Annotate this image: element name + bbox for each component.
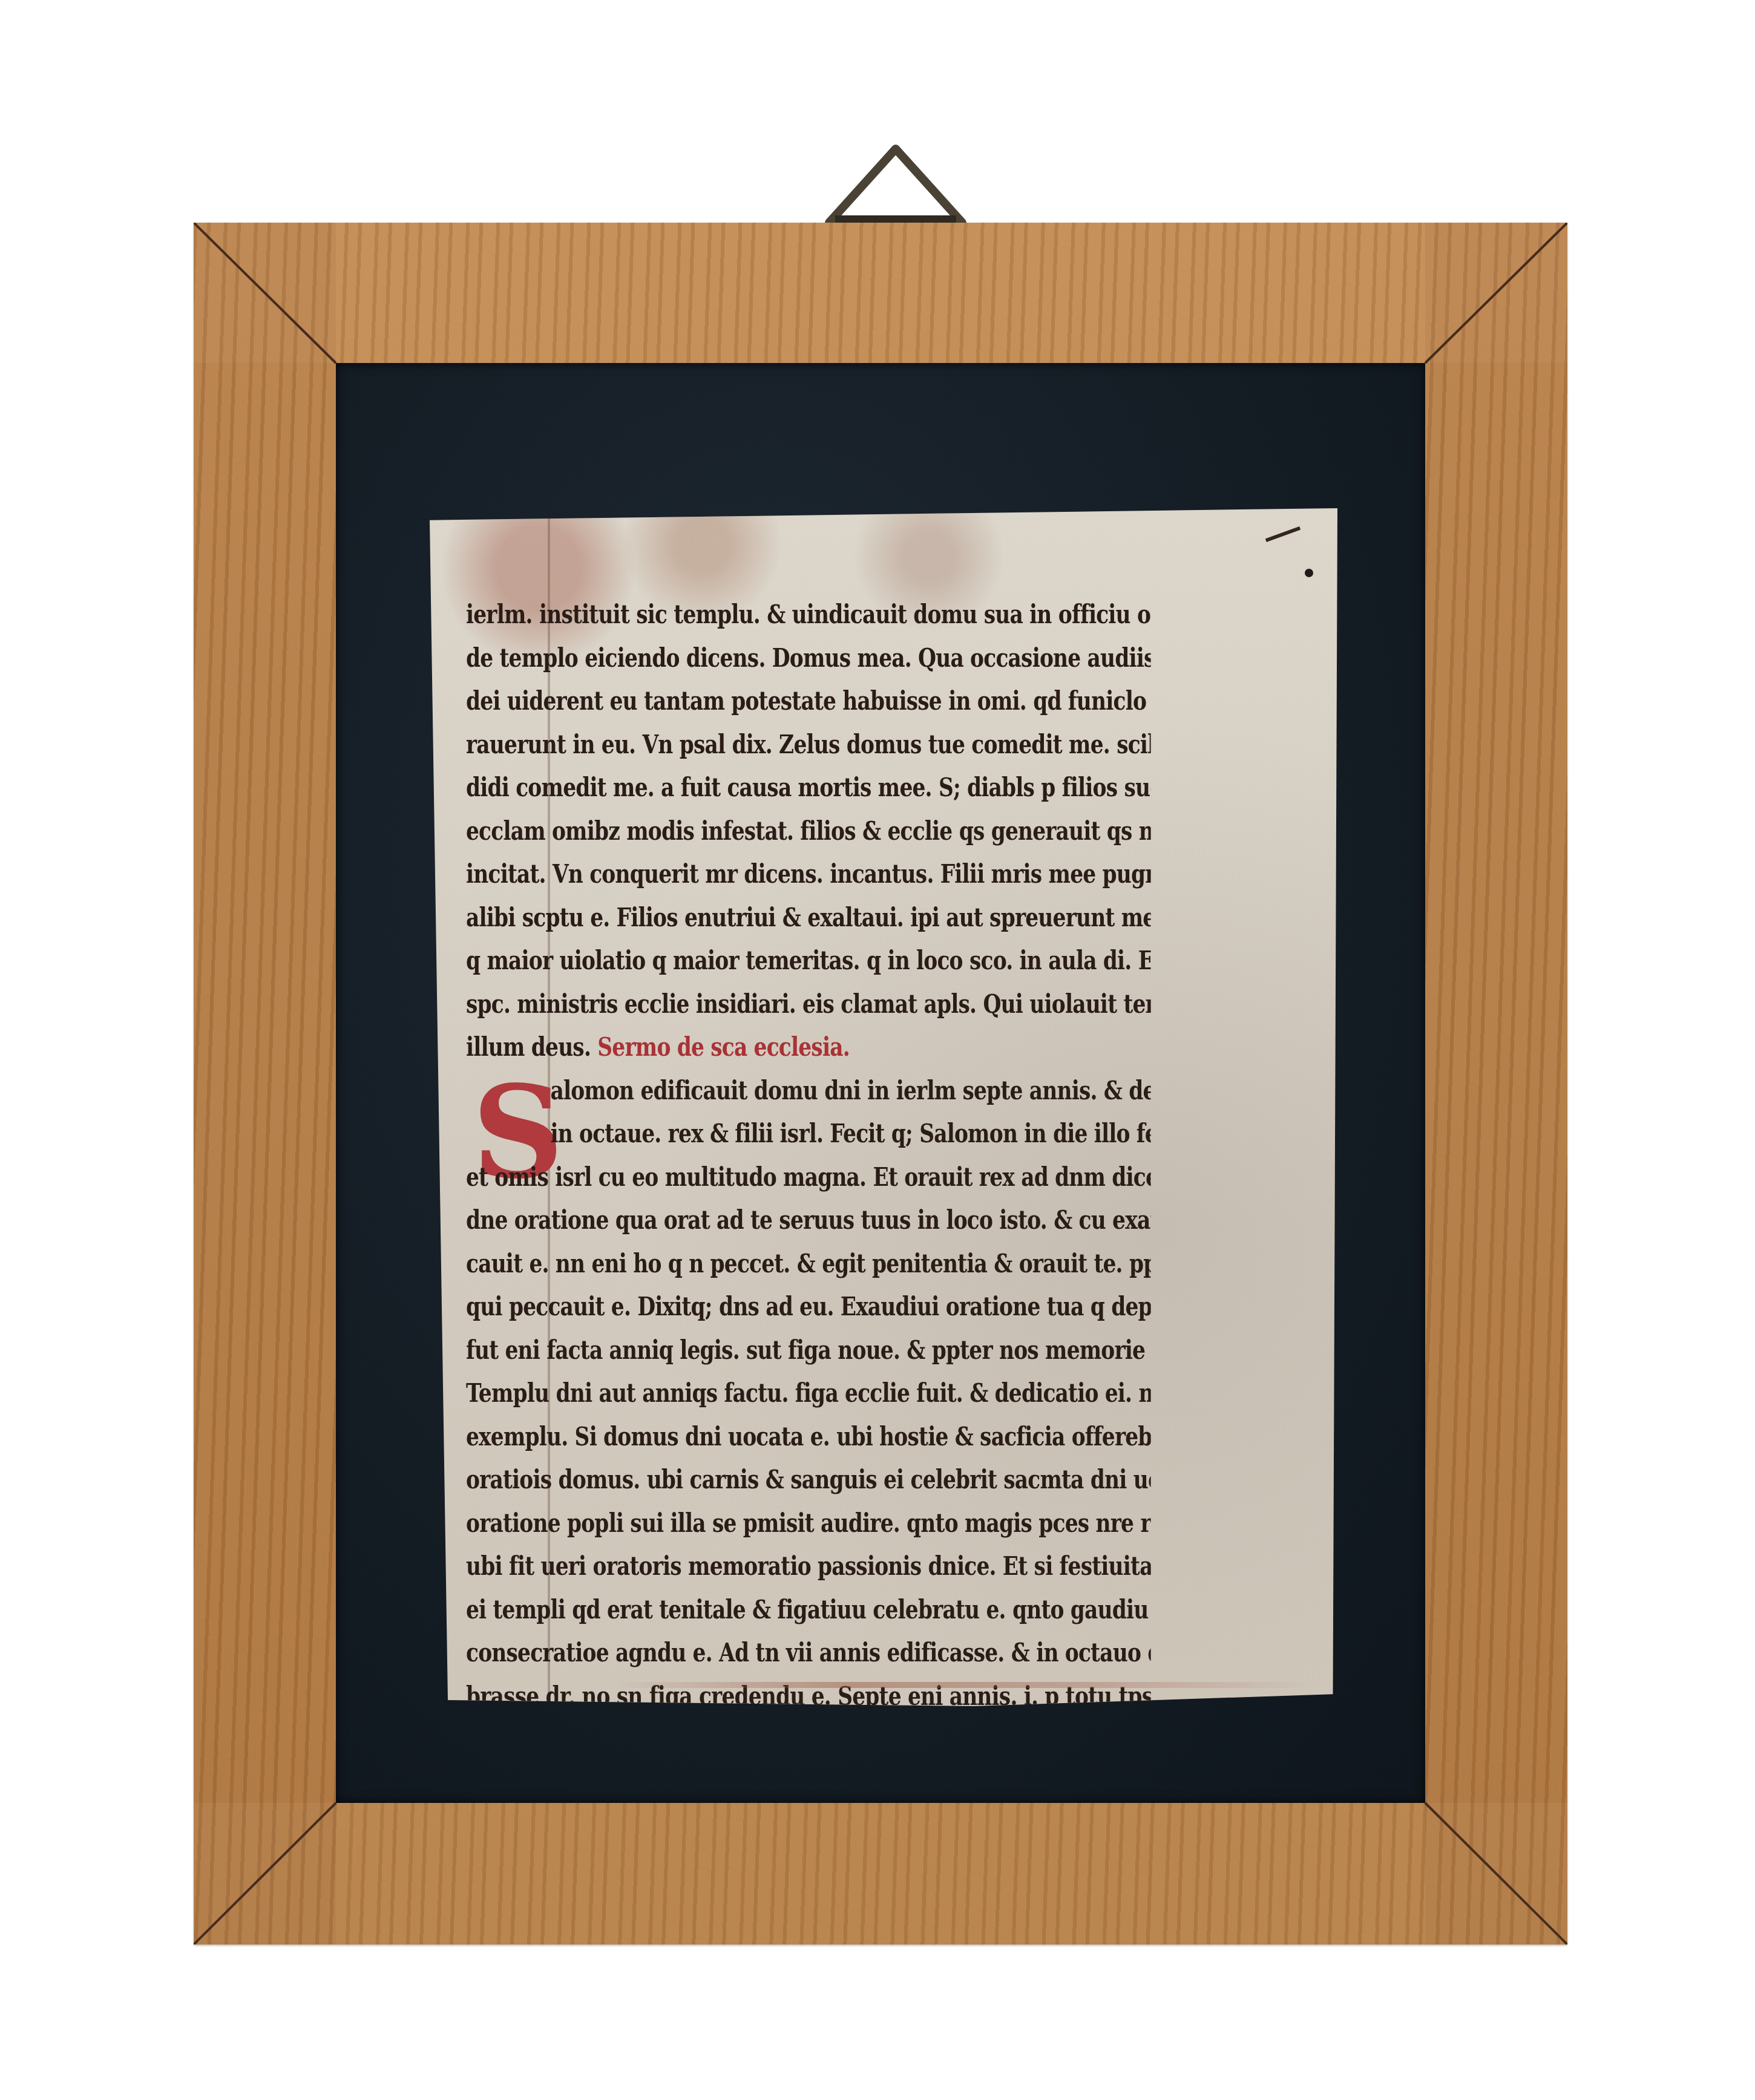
- text-line: ubi fit ueri oratoris memoratio passioni…: [466, 1545, 1151, 1588]
- hanging-hook-icon: [811, 138, 980, 229]
- text-line: ierlm. instituit sic templu. & uindicaui…: [466, 593, 1151, 636]
- text-line: cauit e. nn eni ho q n peccet. & egit pe…: [466, 1242, 1151, 1286]
- text-line: spc. ministris ecclie insidiari. eis cla…: [466, 983, 1151, 1026]
- text-line: de templo eiciendo dicens. Domus mea. Qu…: [466, 636, 1151, 680]
- text-line: et omis isrl cu eo multitudo magna. Et o…: [466, 1156, 1151, 1199]
- text-line: ecclam omibz modis infestat. filios & ec…: [466, 810, 1151, 853]
- text-line: consecratioe agndu e. Ad tn vii annis ed…: [466, 1631, 1151, 1675]
- text-line: oratione popli sui illa se pmisit audire…: [466, 1502, 1151, 1545]
- text-line: dieb; agit. structura ecclie. i. fideliu…: [466, 1718, 1151, 1761]
- manuscript-leaf: ierlm. instituit sic templu. & uindicaui…: [430, 508, 1337, 1706]
- text-line: oratiois domus. ubi carnis & sanguis ei …: [466, 1458, 1151, 1502]
- text-line: fut eni facta anniq legis. sut figa noue…: [466, 1329, 1151, 1372]
- text-line: ei templi qd erat tenitale & figatiuu ce…: [466, 1588, 1151, 1632]
- text-line: qui peccauit e. Dixitq; dns ad eu. Exaud…: [466, 1285, 1151, 1329]
- text-line: brasse dr. no sn figa credendu e. Septe …: [466, 1675, 1151, 1718]
- marginal-ink-stroke: [1265, 526, 1301, 542]
- rubric-heading: Sermo de sca ecclesia.: [597, 1032, 850, 1062]
- manuscript-text: ierlm. instituit sic templu. & uindicaui…: [466, 593, 1301, 1761]
- bottom-edge-stain: [611, 1682, 1319, 1688]
- rubric-line: illum deus. Sermo de sca ecclesia.: [466, 1025, 1151, 1069]
- text-line: dne oratione qua orat ad te seruus tuus …: [466, 1199, 1151, 1242]
- wooden-frame: ierlm. instituit sic templu. & uindicaui…: [194, 223, 1567, 1945]
- text-line: q maior uiolatio q maior temeritas. q in…: [466, 939, 1151, 983]
- text-line: in octaue. rex & filii isrl. Fecit q; Sa…: [466, 1112, 1151, 1156]
- text-line: alibi scptu e. Filios enutriui & exaltau…: [466, 896, 1151, 940]
- text-line: didi comedit me. a fuit causa mortis mee…: [466, 766, 1151, 810]
- text-line: alomon edificauit domu dni in ierlm sept…: [466, 1069, 1151, 1113]
- dark-mat-backing: ierlm. instituit sic templu. & uindicaui…: [336, 363, 1425, 1803]
- marginal-ink-dot: [1305, 569, 1313, 577]
- text-line: rauerunt in eu. Vn psal dix. Zelus domus…: [466, 723, 1151, 767]
- text-line: dei uiderent eu tantam potestate habuiss…: [466, 679, 1151, 723]
- text-line: incitat. Vn conquerit mr dicens. incantu…: [466, 852, 1151, 896]
- text-line: exemplu. Si domus dni uocata e. ubi host…: [466, 1415, 1151, 1459]
- text-line: Templu dni aut anniqs factu. figa ecclie…: [466, 1372, 1151, 1415]
